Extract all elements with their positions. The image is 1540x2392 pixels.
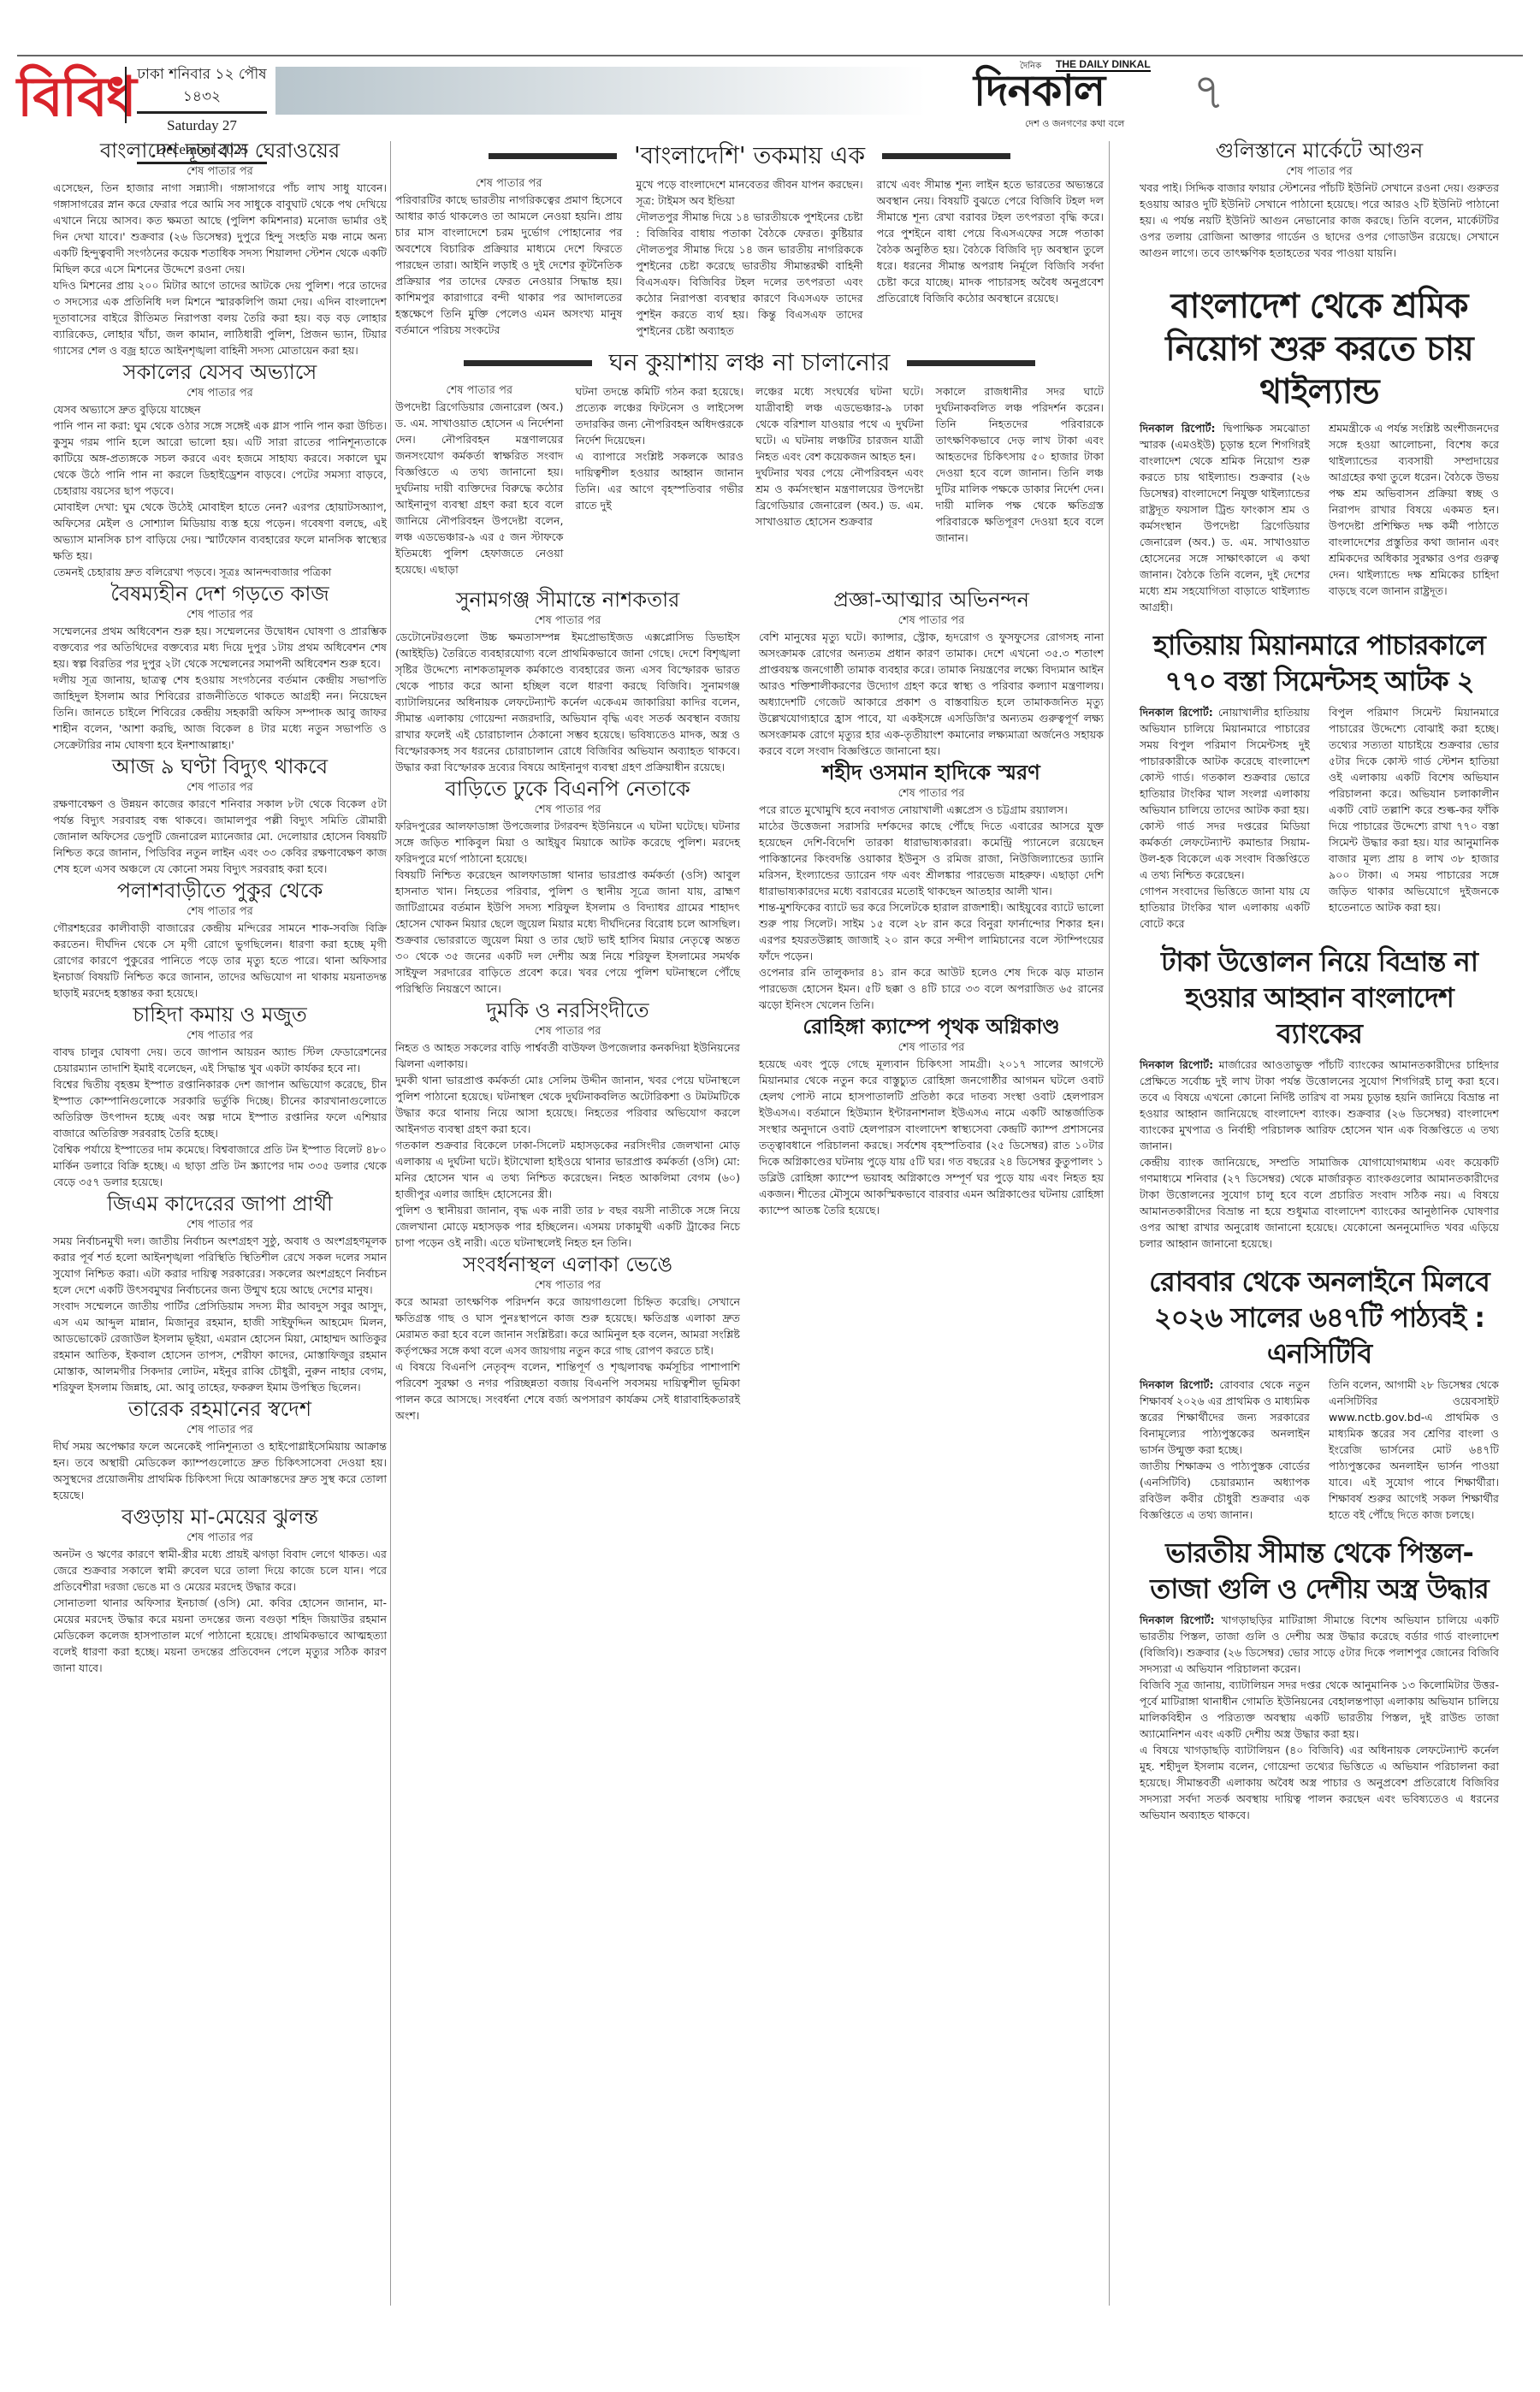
story-body: বিপুল পরিমাণ সিমেন্ট মিয়ানমারে পাচারের … bbox=[1329, 704, 1499, 932]
column-left: বাংলাদেশ দূতাবাস ঘেরাওয়ের শেষ পাতার পর … bbox=[53, 137, 387, 1676]
continued-label: শেষ পাতার পর bbox=[53, 780, 387, 796]
continued-label: শেষ পাতার পর bbox=[759, 1040, 1104, 1056]
story-pistol-recovery: ভারতীয় সীমান্ত থেকে পিস্তল-তাজা গুলি ও … bbox=[1140, 1535, 1499, 1823]
story-title: ঘন কুয়াশায় লঞ্চ না চালানোর bbox=[609, 347, 891, 378]
logo-tagline: দেশ ও জনগণের কথা বলে bbox=[1025, 116, 1124, 133]
story-title: দুমকি ও নরসিংদীতে bbox=[395, 997, 740, 1024]
continued-label: শেষ পাতার পর bbox=[53, 1217, 387, 1233]
byline: দিনকাল রিপোর্ট: bbox=[1140, 422, 1216, 435]
continued-label: শেষ পাতার পর bbox=[53, 607, 387, 623]
continued-label: শেষ পাতার পর bbox=[395, 383, 564, 399]
story-body: বেশি মানুষের মৃত্যু ঘটে। ক্যান্সার, স্ট্… bbox=[759, 629, 1104, 759]
paragraph: অনটন ও ঋণের কারণে স্বামী-স্ত্রীর মধ্যে প… bbox=[53, 1546, 387, 1595]
continued-label: শেষ পাতার পর bbox=[53, 1423, 387, 1438]
logo-main-text: দিনকাল bbox=[974, 67, 1105, 115]
paragraph: গৌরশহরের কালীবাড়ী বাজারের কেন্দ্রীয় মন… bbox=[53, 920, 387, 1001]
paragraph: বাবদ্ব চালুর ঘোষণা দেয়। তবে জাপান আয়রন… bbox=[53, 1044, 387, 1076]
story-sambardhana: সংবর্ধনাস্থল এলাকা ভেঙে শেষ পাতার পর করে… bbox=[395, 1251, 740, 1424]
headline-bar bbox=[489, 153, 617, 159]
story-text: মার্জারের আওতাভুক্ত পাঁচটি ব্যাংকের আমান… bbox=[1140, 1058, 1499, 1250]
story-body: খবর পাই। সিদ্দিক বাজার ফায়ার স্টেশনের প… bbox=[1140, 180, 1499, 261]
story-title: বাংলাদেশ দূতাবাস ঘেরাওয়ের bbox=[53, 137, 387, 164]
story-bogura: বগুড়ায় মা-মেয়ের ঝুলন্ত শেষ পাতার পর অ… bbox=[53, 1503, 387, 1676]
story-body: সকালে রাজধানীর সদর ঘাটে দুর্ঘটনাকবলিত লঞ… bbox=[936, 383, 1105, 577]
headline-bar bbox=[464, 360, 592, 366]
paragraph: দলীয় সূত্র জানায়, ছাত্রত্ব শেষ হওয়ায়… bbox=[53, 672, 387, 753]
headline: বাংলাদেশ থেকে শ্রমিক নিয়োগ শুরু করতে চা… bbox=[1140, 285, 1499, 413]
bar-headline: 'বাংলাদেশি' তকমায় এক bbox=[395, 140, 1104, 171]
story-title: 'বাংলাদেশি' তকমায় এক bbox=[634, 140, 865, 171]
story-body: দিনকাল রিপোর্ট: নোয়াখালীর হাতিয়ায় অভি… bbox=[1140, 704, 1310, 932]
story-text: খাগড়াছড়ির মাটিরাঙ্গা সীমান্তে বিশেষ অভ… bbox=[1140, 1613, 1499, 1821]
byline: দিনকাল রিপোর্ট: bbox=[1140, 1058, 1213, 1071]
story-rohingya-fire: রোহিঙ্গা ক্যাম্পে পৃথক অগ্নিকাণ্ড শেষ পা… bbox=[759, 1013, 1104, 1218]
story-title: গুলিস্তানে মার্কেটে আগুন bbox=[1140, 137, 1499, 164]
byline: দিনকাল রিপোর্ট: bbox=[1140, 706, 1213, 719]
continued-label: শেষ পাতার পর bbox=[395, 1024, 740, 1039]
story-body: দিনকাল রিপোর্ট: খাগড়াছড়ির মাটিরাঙ্গা স… bbox=[1140, 1612, 1499, 1823]
page-number: ৭ bbox=[1193, 62, 1225, 121]
masthead-divider bbox=[125, 67, 127, 123]
paragraph: রক্ষণাবেক্ষণ ও উন্নয়ন কাজের কারণে শনিবা… bbox=[53, 796, 387, 877]
story-dumki: দুমকি ও নরসিংদীতে শেষ পাতার পর নিহত ও আহ… bbox=[395, 997, 740, 1251]
story-title: সুনামগঞ্জ সীমান্তে নাশকতার bbox=[395, 586, 740, 613]
story-body: পরে রাতে মুখোমুখি হবে নবাগত নোয়াখালী এক… bbox=[759, 802, 1104, 1013]
continued-label: শেষ পাতার পর bbox=[395, 1278, 740, 1294]
story-osman-hadi: শহীদ ওসমান হাদিকে স্মরণ শেষ পাতার পর পরে… bbox=[759, 759, 1104, 1013]
story-discrimination-free: বৈষম্যহীন দেশ গড়তে কাজ শেষ পাতার পর সম্… bbox=[53, 580, 387, 753]
section-name: বিবিধ bbox=[17, 62, 135, 133]
middle-left-half: সুনামগঞ্জ সীমান্তে নাশকতার শেষ পাতার পর … bbox=[395, 586, 740, 1424]
story-morning-habits: সকালের যেসব অভ্যাসে শেষ পাতার পর যেসব অভ… bbox=[53, 358, 387, 580]
continued-label: শেষ পাতার পর bbox=[1140, 164, 1499, 180]
story-title: আজ ৯ ঘণ্টা বিদ্যুৎ থাকবে bbox=[53, 753, 387, 780]
headline: টাকা উত্তোলন নিয়ে বিভ্রান্ত না হওয়ার আ… bbox=[1140, 944, 1499, 1051]
masthead: বিবিধ ঢাকা শনিবার ১২ পৌষ ১৪৩২ Saturday 2… bbox=[17, 55, 1523, 133]
story-body: দিনকাল রিপোর্ট: মার্জারের আওতাভুক্ত পাঁচ… bbox=[1140, 1057, 1499, 1252]
story-text: নোয়াখালীর হাতিয়ায় অভিযান চালিয়ে মিয়… bbox=[1140, 706, 1310, 930]
story-body: রাখে এবং সীমান্ত শূন্য লাইন হতে ভারতের অ… bbox=[877, 176, 1104, 339]
continued-label: শেষ পাতার পর bbox=[395, 176, 622, 192]
story-title: সংবর্ধনাস্থল এলাকা ভেঙে bbox=[395, 1251, 740, 1278]
story-body: লঞ্চের মধ্যে সংঘর্ষের ঘটনা ঘটে। যাত্রীবা… bbox=[755, 383, 924, 577]
story-body: এসেছেন, তিন হাজার নাগা সন্ন্যাসী। গঙ্গাস… bbox=[53, 180, 387, 358]
byline: দিনকাল রিপোর্ট: bbox=[1140, 1613, 1215, 1626]
story-hatiya-cement: হাতিয়ায় মিয়ানমারে পাচারকালে ৭৭০ বস্তা… bbox=[1140, 627, 1499, 932]
byline: দিনকাল রিপোর্ট: bbox=[1140, 1378, 1214, 1391]
paragraph: সম্মেলনের প্রথম অধিবেশন শুরু হয়। সম্মেল… bbox=[53, 623, 387, 672]
paragraph: বিশ্বের দ্বিতীয় বৃহত্তম ইস্পাত রপ্তানিক… bbox=[53, 1076, 387, 1141]
newspaper-logo: দৈনিক THE DAILY DINKAL দিনকাল দেশ ও জনগণ… bbox=[974, 58, 1179, 132]
story-body: করে আমরা তাৎক্ষণিক পরিদর্শন করে জায়গাগু… bbox=[395, 1294, 740, 1424]
headline-bar bbox=[882, 153, 1010, 159]
headline-bar bbox=[907, 360, 1035, 366]
story-body: সময় নির্বাচনমুখী দল। জাতীয় নির্বাচন অং… bbox=[53, 1233, 387, 1395]
continued-label: শেষ পাতার পর bbox=[53, 1028, 387, 1044]
continued-label: শেষ পাতার পর bbox=[53, 1531, 387, 1546]
paragraph: সোনাতলা থানার অফিসার ইনচার্জ (ওসি) মো. ক… bbox=[53, 1595, 387, 1676]
column-divider bbox=[390, 141, 391, 2306]
continued-label: শেষ পাতার পর bbox=[395, 802, 740, 818]
paragraph: তেমনই চেহারায় দ্রুত বলিরেখা পড়বে। সূত্… bbox=[53, 564, 387, 580]
paragraph: যদিও মিশনের প্রায় ২০০ মিটার আগে তাদের আ… bbox=[53, 277, 387, 358]
story-title: প্রজ্ঞা-আত্মার অভিনন্দন bbox=[759, 586, 1104, 613]
paragraph: সংবাদ সম্মেলনে জাতীয় পার্টির প্রেসিডিয়… bbox=[53, 1298, 387, 1395]
story-bangladesh-bank: টাকা উত্তোলন নিয়ে বিভ্রান্ত না হওয়ার আ… bbox=[1140, 944, 1499, 1252]
continued-label: শেষ পাতার পর bbox=[53, 164, 387, 180]
story-body: শ্রমমন্ত্রীকে এ পর্যন্ত সংশ্লিষ্ট অংশীজন… bbox=[1329, 420, 1499, 615]
story-body: ঘটনা তদন্তে কমিটি গঠন করা হয়েছে। প্রত্য… bbox=[576, 383, 744, 577]
story-body: রক্ষণাবেক্ষণ ও উন্নয়ন কাজের কারণে শনিবা… bbox=[53, 796, 387, 877]
story-body: তিনি বলেন, আগামী ২৮ ডিসেম্বর থেকে এনসিটি… bbox=[1329, 1377, 1499, 1523]
paragraph: সময় নির্বাচনমুখী দল। জাতীয় নির্বাচন অং… bbox=[53, 1233, 387, 1298]
story-palashbari: পলাশবাড়ীতে পুকুর থেকে শেষ পাতার পর গৌরশ… bbox=[53, 877, 387, 1001]
story-title: পলাশবাড়ীতে পুকুর থেকে bbox=[53, 877, 387, 904]
continued-label: শেষ পাতার পর bbox=[53, 386, 387, 401]
story-title: সকালের যেসব অভ্যাসে bbox=[53, 358, 387, 386]
story-body: উপদেষ্টা ব্রিগেডিয়ার জেনারেল (অব.) ড. এ… bbox=[395, 399, 564, 577]
continued-label: শেষ পাতার পর bbox=[759, 786, 1104, 802]
story-body: মুখে পড়ে বাংলাদেশে মানবেতর জীবন যাপন কর… bbox=[636, 176, 862, 339]
masthead-banner bbox=[275, 67, 926, 115]
story-tarique-return: তারেক রহমানের স্বদেশ শেষ পাতার পর দীর্ঘ … bbox=[53, 1395, 387, 1503]
story-body: নিহত ও আহত সকলের বাড়ি পার্শ্ববর্তী বাউফ… bbox=[395, 1039, 740, 1251]
story-body: দিনকাল রিপোর্ট: দ্বিপাক্ষিক সমঝোতা স্মার… bbox=[1140, 420, 1310, 615]
story-nctb-textbooks: রোববার থেকে অনলাইনে মিলবে ২০২৬ সালের ৬৪৭… bbox=[1140, 1264, 1499, 1523]
story-text: দ্বিপাক্ষিক সমঝোতা স্মারক (এমওইউ) চূড়ান… bbox=[1140, 422, 1310, 613]
story-jatiya-party: জিএম কাদেরের জাপা প্রার্থী শেষ পাতার পর … bbox=[53, 1190, 387, 1395]
paragraph: বৈশ্বিক পর্যায়ে ইস্পাতের দাম কমেছে। বিশ… bbox=[53, 1141, 387, 1190]
date-bengali: ঢাকা শনিবার ১২ পৌষ ১৪৩২ bbox=[137, 63, 267, 114]
continued-label: শেষ পাতার পর bbox=[759, 613, 1104, 629]
story-fog-launch: ঘন কুয়াশায় লঞ্চ না চালানোর শেষ পাতার প… bbox=[395, 347, 1104, 577]
story-bnp-leader: বাড়িতে ঢুকে বিএনপি নেতাকে শেষ পাতার পর … bbox=[395, 775, 740, 997]
story-text: রোববার থেকে নতুন শিক্ষাবর্ষ ২০২৬ এর প্রা… bbox=[1140, 1378, 1310, 1521]
story-gulistan-fire: গুলিস্তানে মার্কেটে আগুন শেষ পাতার পর খব… bbox=[1140, 137, 1499, 261]
story-title: চাহিদা কমায় ও মজুত bbox=[53, 1001, 387, 1028]
story-title: তারেক রহমানের স্বদেশ bbox=[53, 1395, 387, 1423]
continued-label: শেষ পাতার পর bbox=[53, 904, 387, 920]
story-body: যেসব অভ্যাসে দ্রুত বুড়িয়ে যাচ্ছেন পানি… bbox=[53, 401, 387, 580]
story-body: ডেটোনেটরগুলো উচ্চ ক্ষমতাসম্পন্ন ইমপ্রোভা… bbox=[395, 629, 740, 775]
story-body: দীর্ঘ সময় অপেক্ষার ফলে অনেকেই পানিশূন্য… bbox=[53, 1438, 387, 1503]
headline: রোববার থেকে অনলাইনে মিলবে ২০২৬ সালের ৬৪৭… bbox=[1140, 1264, 1499, 1371]
story-body: অনটন ও ঋণের কারণে স্বামী-স্ত্রীর মধ্যে প… bbox=[53, 1546, 387, 1676]
headline: হাতিয়ায় মিয়ানমারে পাচারকালে ৭৭০ বস্তা… bbox=[1140, 627, 1499, 699]
story-title: জিএম কাদেরের জাপা প্রার্থী bbox=[53, 1190, 387, 1217]
story-body: হয়েছে এবং পুড়ে গেছে মূল্যবান চিকিৎসা স… bbox=[759, 1056, 1104, 1218]
paragraph: যেসব অভ্যাসে দ্রুত বুড়িয়ে যাচ্ছেন bbox=[53, 401, 387, 417]
story-body: ফরিদপুরের আলফাডাঙ্গা উপজেলার টগরবন্দ ইউন… bbox=[395, 818, 740, 997]
bar-headline: ঘন কুয়াশায় লঞ্চ না চালানোর bbox=[395, 347, 1104, 378]
column-divider bbox=[1109, 141, 1110, 2306]
story-thailand-workers: বাংলাদেশ থেকে শ্রমিক নিয়োগ শুরু করতে চা… bbox=[1140, 285, 1499, 615]
story-title: বৈষম্যহীন দেশ গড়তে কাজ bbox=[53, 580, 387, 607]
story-bangladeshi-tag: 'বাংলাদেশি' তকমায় এক শেষ পাতার পর পরিবা… bbox=[395, 140, 1104, 339]
paragraph: দীর্ঘ সময় অপেক্ষার ফলে অনেকেই পানিশূন্য… bbox=[53, 1438, 387, 1503]
story-title: শহীদ ওসমান হাদিকে স্মরণ bbox=[759, 759, 1104, 786]
middle-right-half: প্রজ্ঞা-আত্মার অভিনন্দন শেষ পাতার পর বেশ… bbox=[759, 586, 1104, 1424]
paragraph: মোবাইল দেখা: ঘুম থেকে উঠেই মোবাইল হাতে ন… bbox=[53, 499, 387, 564]
continued-label: শেষ পাতার পর bbox=[395, 613, 740, 629]
story-title: রোহিঙ্গা ক্যাম্পে পৃথক অগ্নিকাণ্ড bbox=[759, 1013, 1104, 1040]
story-projna: প্রজ্ঞা-আত্মার অভিনন্দন শেষ পাতার পর বেশ… bbox=[759, 586, 1104, 759]
paragraph: পানি পান না করা: ঘুম থেকে ওঠার সঙ্গে সঙ্… bbox=[53, 417, 387, 499]
story-body: সম্মেলনের প্রথম অধিবেশন শুরু হয়। সম্মেল… bbox=[53, 623, 387, 753]
story-body: পরিবারটির কাছে ভারতীয় নাগরিকত্বের প্রমা… bbox=[395, 192, 622, 338]
story-title: বগুড়ায় মা-মেয়ের ঝুলন্ত bbox=[53, 1503, 387, 1531]
story-electricity: আজ ৯ ঘণ্টা বিদ্যুৎ থাকবে শেষ পাতার পর রক… bbox=[53, 753, 387, 877]
story-body: বাবদ্ব চালুর ঘোষণা দেয়। তবে জাপান আয়রন… bbox=[53, 1044, 387, 1190]
story-steel-demand: চাহিদা কমায় ও মজুত শেষ পাতার পর বাবদ্ব … bbox=[53, 1001, 387, 1190]
story-body: গৌরশহরের কালীবাড়ী বাজারের কেন্দ্রীয় মন… bbox=[53, 920, 387, 1001]
story-body: দিনকাল রিপোর্ট: রোববার থেকে নতুন শিক্ষাব… bbox=[1140, 1377, 1310, 1523]
story-embassy: বাংলাদেশ দূতাবাস ঘেরাওয়ের শেষ পাতার পর … bbox=[53, 137, 387, 358]
story-title: বাড়িতে ঢুকে বিএনপি নেতাকে bbox=[395, 775, 740, 802]
column-right: গুলিস্তানে মার্কেটে আগুন শেষ পাতার পর খব… bbox=[1140, 137, 1499, 1823]
paragraph: এসেছেন, তিন হাজার নাগা সন্ন্যাসী। গঙ্গাস… bbox=[53, 180, 387, 277]
column-middle: 'বাংলাদেশি' তকমায় এক শেষ পাতার পর পরিবা… bbox=[395, 137, 1104, 1424]
headline: ভারতীয় সীমান্ত থেকে পিস্তল-তাজা গুলি ও … bbox=[1140, 1535, 1499, 1607]
story-sunamganj: সুনামগঞ্জ সীমান্তে নাশকতার শেষ পাতার পর … bbox=[395, 586, 740, 775]
